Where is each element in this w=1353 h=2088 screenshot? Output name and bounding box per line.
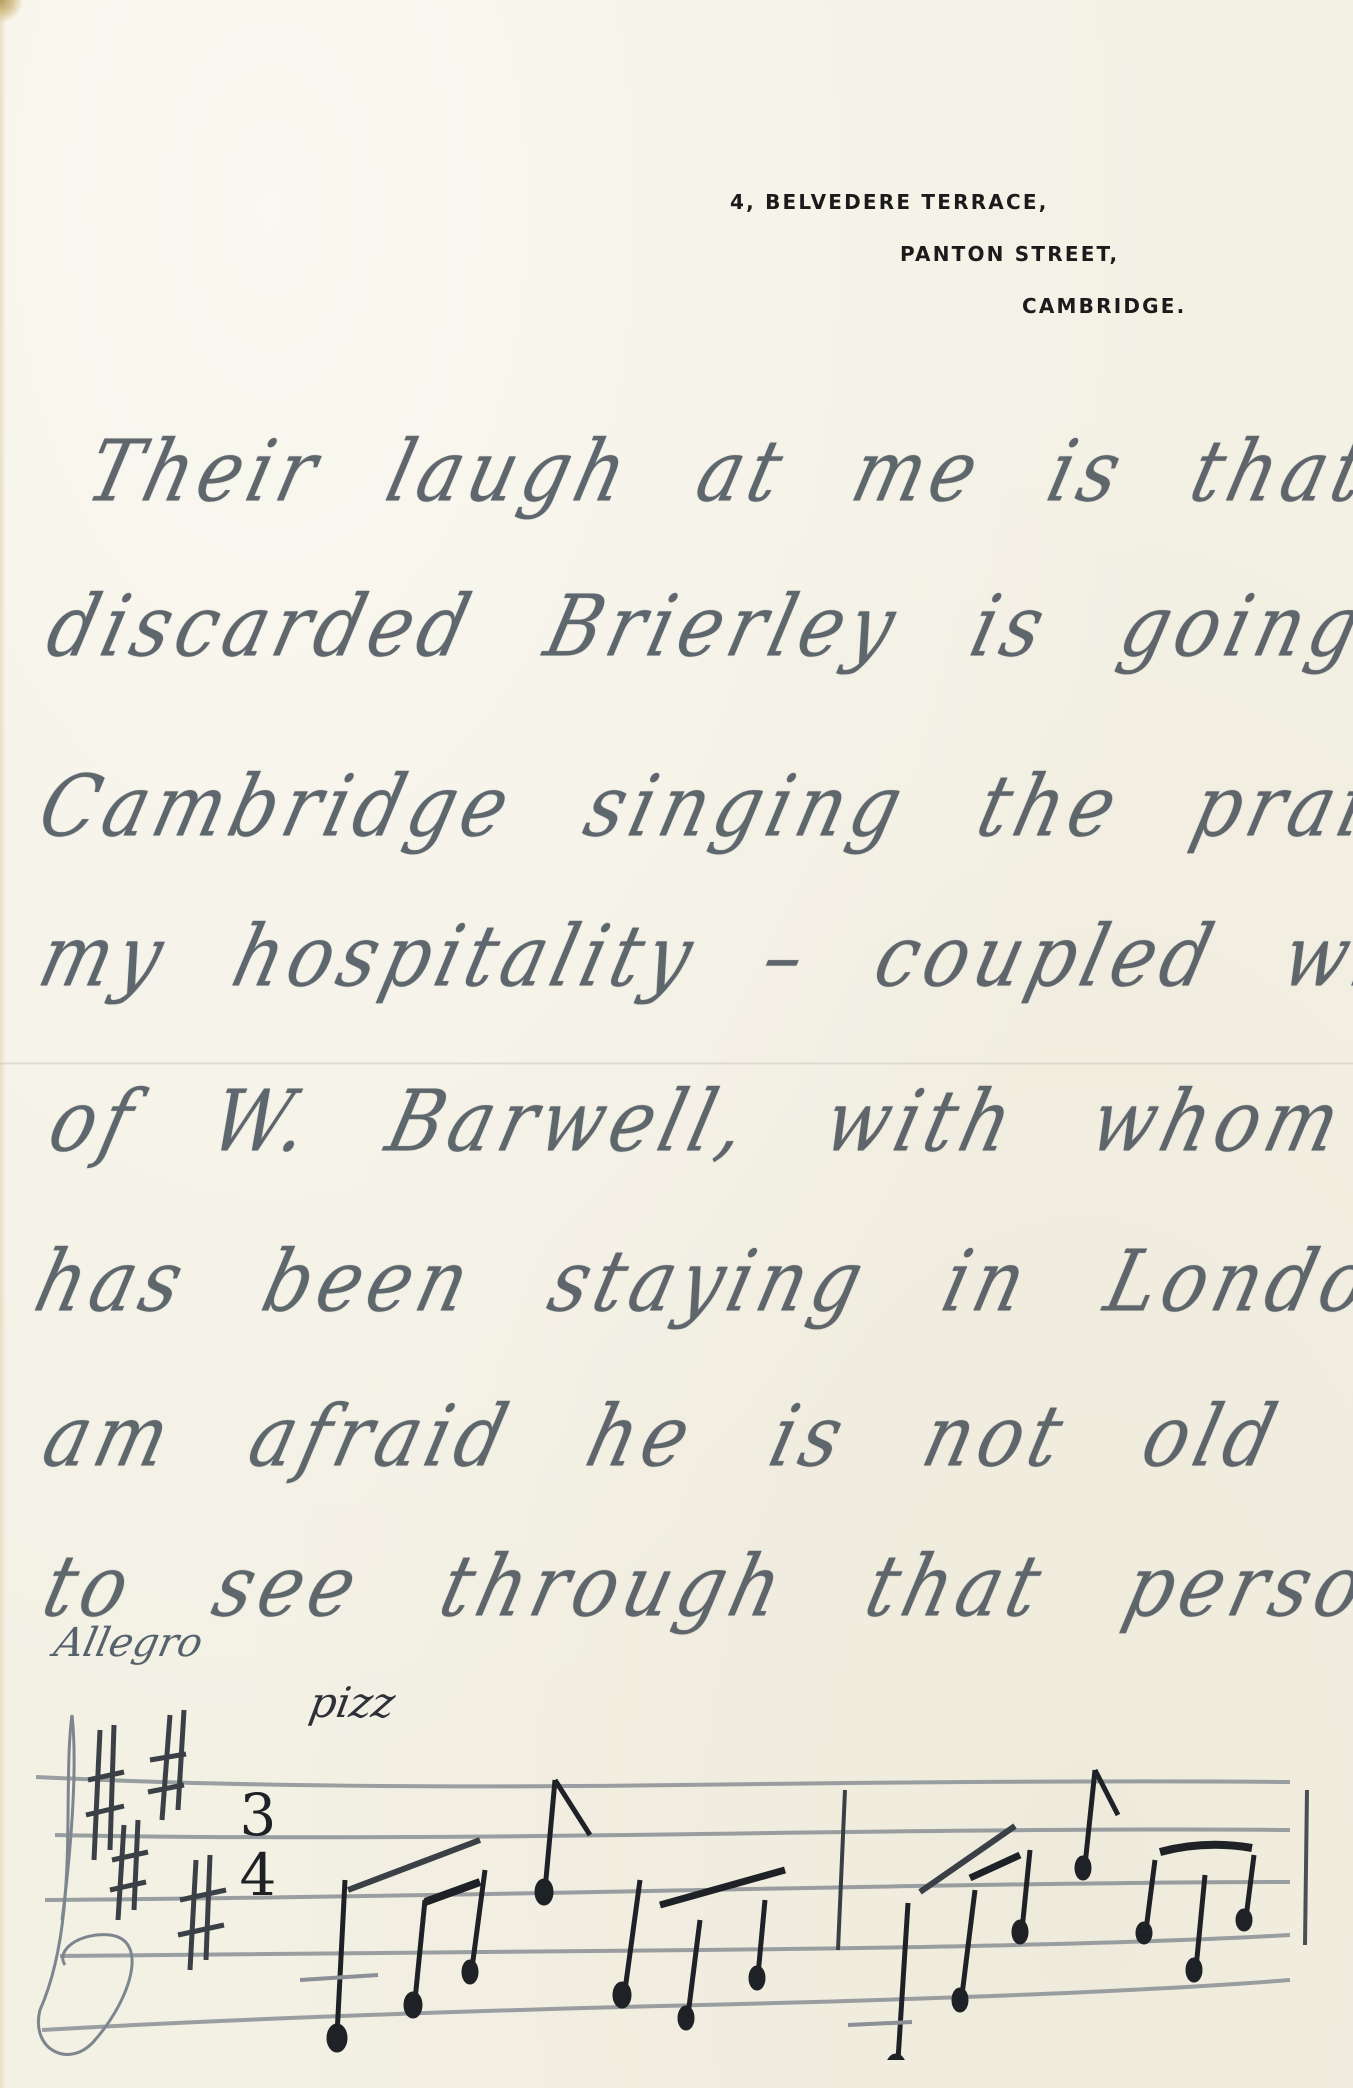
time-signature-top: 3 bbox=[238, 1785, 278, 1845]
handwritten-line: Their laugh at me is that the bbox=[78, 422, 1353, 521]
time-signature-bottom: 4 bbox=[238, 1845, 278, 1905]
letterhead-city: CAMBRIDGE. bbox=[1022, 294, 1186, 318]
music-staff bbox=[0, 1620, 1353, 2060]
corner-stain bbox=[0, 0, 22, 22]
time-signature: 3 4 bbox=[238, 1785, 278, 1905]
handwritten-line: of W. Barwell, with whom he bbox=[40, 1072, 1353, 1171]
letterhead-street-number: 4, BELVEDERE TERRACE, bbox=[730, 190, 1049, 214]
handwritten-line: Cambridge singing the praises of bbox=[30, 757, 1353, 856]
handwritten-line: am afraid he is not old enough bbox=[34, 1387, 1353, 1486]
music-notes-icon bbox=[848, 1770, 1254, 2060]
music-incipit: Allegro pizz bbox=[0, 1620, 1353, 2060]
paper-fold-line bbox=[0, 1062, 1353, 1065]
letter-page: 4, BELVEDERE TERRACE, PANTON STREET, CAM… bbox=[0, 0, 1353, 2088]
bar-line-icon bbox=[838, 1790, 845, 1950]
handwritten-line: discarded Brierley is going about bbox=[38, 577, 1353, 676]
letterhead-street: PANTON STREET, bbox=[900, 242, 1119, 266]
end-bar-line-icon bbox=[1305, 1790, 1307, 1945]
handwritten-line: has been staying in London – I bbox=[26, 1232, 1353, 1331]
sharp-icon bbox=[86, 1710, 226, 1970]
handwritten-line: my hospitality – coupled with that bbox=[30, 907, 1353, 1006]
